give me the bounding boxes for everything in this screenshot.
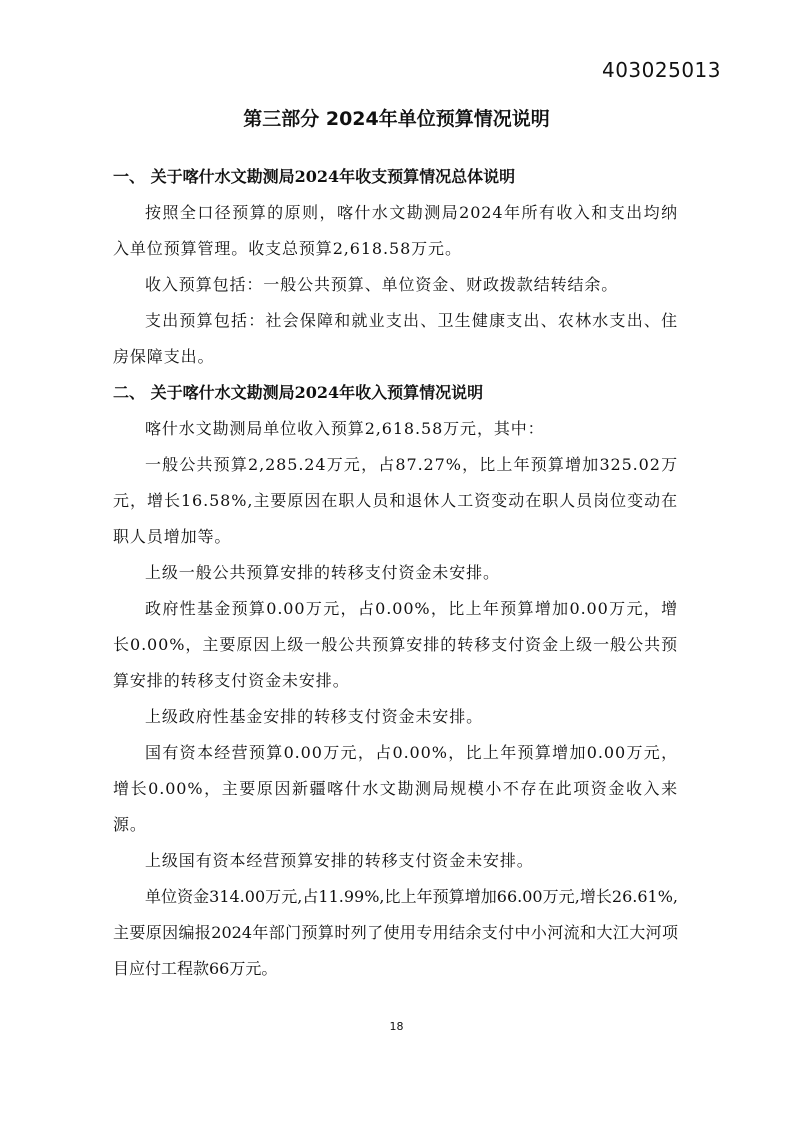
paragraph: 按照全口径预算的原则，喀什水文勘测局2024年所有收入和支出均纳入单位预算管理。… <box>113 195 678 267</box>
paragraph: 上级一般公共预算安排的转移支付资金未安排。 <box>113 555 678 591</box>
paragraph: 支出预算包括：社会保障和就业支出、卫生健康支出、农林水支出、住房保障支出。 <box>113 303 678 375</box>
paragraph: 上级国有资本经营预算安排的转移支付资金未安排。 <box>113 843 678 879</box>
paragraph: 单位资金314.00万元,占11.99%,比上年预算增加66.00万元,增长26… <box>113 879 678 987</box>
page-title: 第三部分 2024年单位预算情况说明 <box>0 104 793 131</box>
document-id: 403025013 <box>602 58 721 82</box>
section-income: 二、 关于喀什水文勘测局2024年收入预算情况说明 喀什水文勘测局单位收入预算2… <box>113 375 678 987</box>
page-number: 18 <box>0 1020 793 1033</box>
paragraph: 一般公共预算2,285.24万元，占87.27%，比上年预算增加325.02万元… <box>113 447 678 555</box>
paragraph: 上级政府性基金安排的转移支付资金未安排。 <box>113 699 678 735</box>
section-heading: 一、 关于喀什水文勘测局2024年收支预算情况总体说明 <box>113 159 678 195</box>
document-body: 一、 关于喀什水文勘测局2024年收支预算情况总体说明 按照全口径预算的原则，喀… <box>113 159 678 987</box>
paragraph: 政府性基金预算0.00万元，占0.00%，比上年预算增加0.00万元，增长0.0… <box>113 591 678 699</box>
section-overall: 一、 关于喀什水文勘测局2024年收支预算情况总体说明 按照全口径预算的原则，喀… <box>113 159 678 375</box>
paragraph: 国有资本经营预算0.00万元，占0.00%，比上年预算增加0.00万元，增长0.… <box>113 735 678 843</box>
paragraph: 收入预算包括：一般公共预算、单位资金、财政拨款结转结余。 <box>113 267 678 303</box>
section-heading: 二、 关于喀什水文勘测局2024年收入预算情况说明 <box>113 375 678 411</box>
paragraph: 喀什水文勘测局单位收入预算2,618.58万元，其中： <box>113 411 678 447</box>
